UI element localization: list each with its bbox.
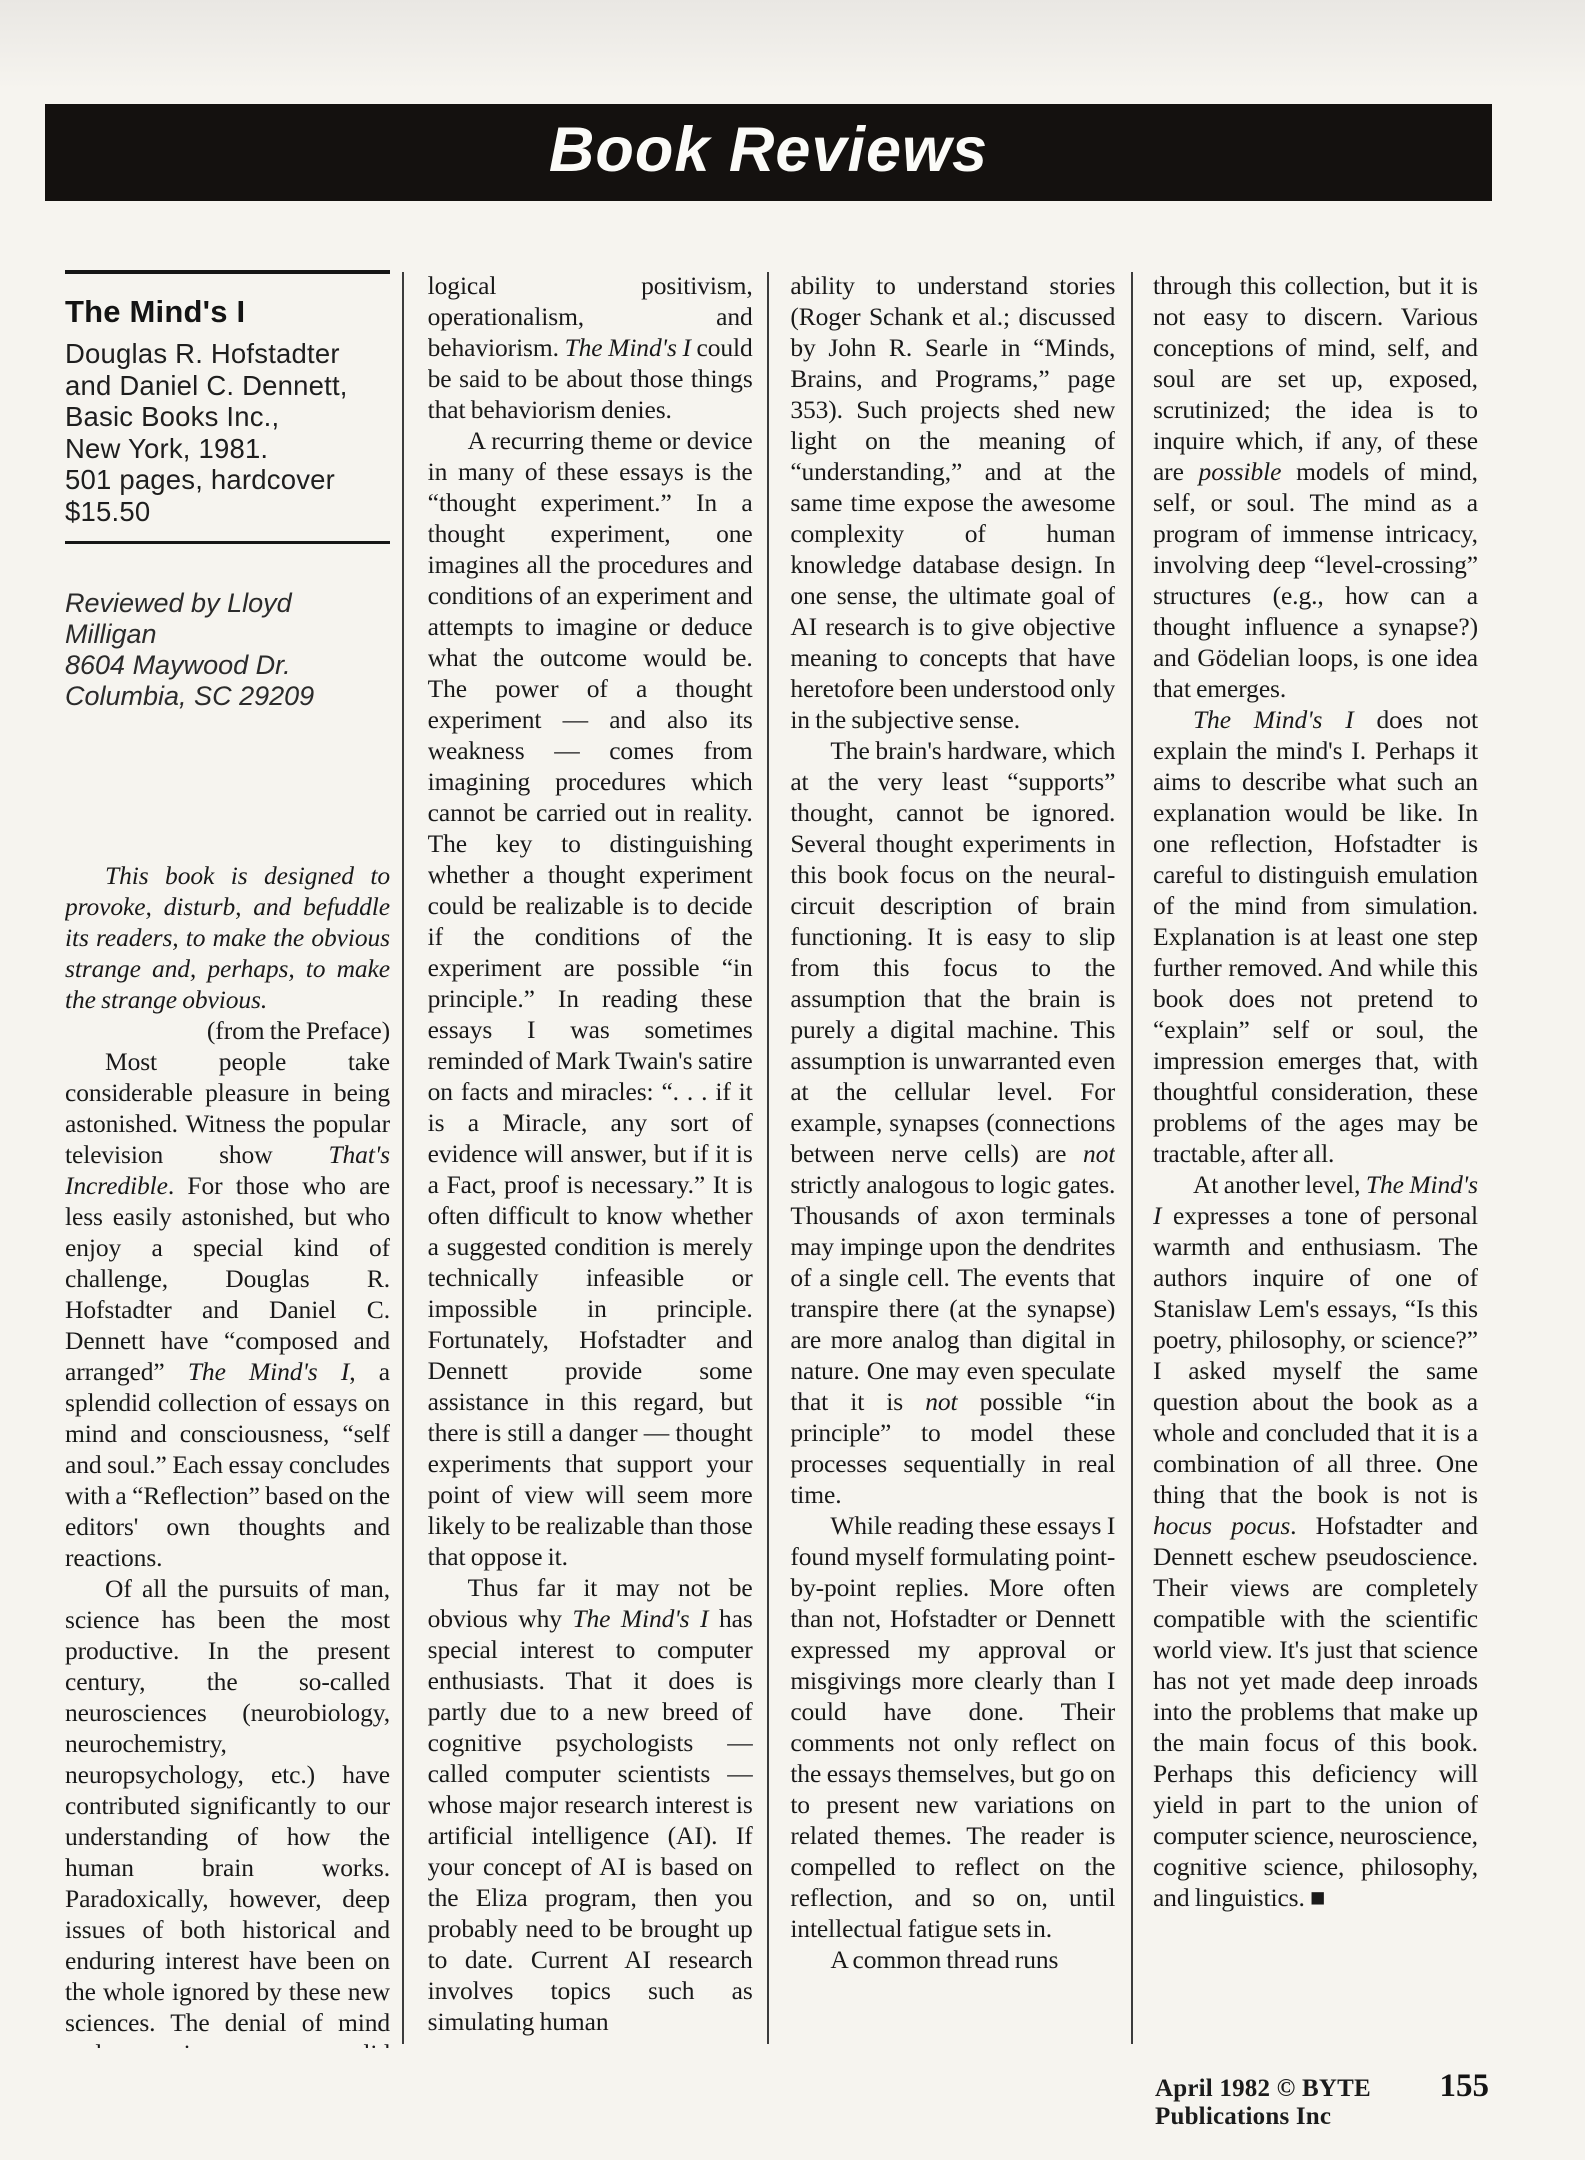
book-info-block: The Mind's I Douglas R. Hofstadterand Da… bbox=[65, 270, 390, 712]
info-line: and Daniel C. Dennett, bbox=[65, 370, 390, 402]
column-divider bbox=[767, 272, 769, 2044]
paragraph: logical positivism, operationalism, and … bbox=[428, 270, 753, 425]
info-line: New York, 1981. bbox=[65, 433, 390, 465]
info-line: Basic Books Inc., bbox=[65, 401, 390, 433]
paragraph: through this collection, but it is not e… bbox=[1153, 270, 1478, 704]
article-columns: The Mind's I Douglas R. Hofstadterand Da… bbox=[65, 270, 1478, 2048]
info-line: Douglas R. Hofstadter bbox=[65, 338, 390, 370]
column-3: ability to understand stories (Roger Sch… bbox=[790, 270, 1115, 2048]
column-divider bbox=[1131, 272, 1133, 2044]
book-title: The Mind's I bbox=[65, 294, 390, 330]
column-4: through this collection, but it is not e… bbox=[1153, 270, 1478, 2048]
column-text: logical positivism, operationalism, and … bbox=[428, 270, 753, 2037]
column-divider bbox=[402, 272, 404, 2044]
paragraph: At another level, The Mind's I expresses… bbox=[1153, 1169, 1478, 1913]
rule-top bbox=[65, 270, 390, 274]
magazine-page: Book Reviews The Mind's I Douglas R. Hof… bbox=[0, 0, 1585, 2160]
paragraph: A recurring theme or device in many of t… bbox=[428, 425, 753, 1572]
info-line: Columbia, SC 29209 bbox=[65, 681, 390, 712]
footer-credit: April 1982 © BYTE Publications Inc bbox=[1155, 2075, 1440, 2131]
paragraph: (from the Preface) bbox=[65, 1015, 390, 1046]
column-text: through this collection, but it is not e… bbox=[1153, 270, 1478, 1913]
info-line: Reviewed by Lloyd Milligan bbox=[65, 588, 390, 650]
column-text: ability to understand stories (Roger Sch… bbox=[790, 270, 1115, 1975]
paragraph: A common thread runs bbox=[790, 1944, 1115, 1975]
paragraph: Most people take considerable pleasure i… bbox=[65, 1046, 390, 1573]
info-line: 501 pages, hardcover bbox=[65, 464, 390, 496]
paragraph: The Mind's I does not explain the mind's… bbox=[1153, 704, 1478, 1169]
paragraph: This book is designed to provoke, distur… bbox=[65, 860, 390, 1015]
info-line: 8604 Maywood Dr. bbox=[65, 650, 390, 681]
page-number: 155 bbox=[1440, 2068, 1490, 2105]
column-text: This book is designed to provoke, distur… bbox=[65, 860, 390, 2048]
paragraph: While reading these essays I found mysel… bbox=[790, 1510, 1115, 1944]
paragraph: The brain's hardware, which at the very … bbox=[790, 735, 1115, 1510]
banner-title: Book Reviews bbox=[549, 114, 988, 192]
book-reviews-banner: Book Reviews bbox=[45, 104, 1492, 201]
paragraph: Of all the pursuits of man, science has … bbox=[65, 1573, 390, 2048]
column-2: logical positivism, operationalism, and … bbox=[428, 270, 753, 2048]
rule-bottom bbox=[65, 541, 390, 544]
info-line: $15.50 bbox=[65, 496, 390, 528]
book-details: Douglas R. Hofstadterand Daniel C. Denne… bbox=[65, 338, 390, 527]
page-footer: April 1982 © BYTE Publications Inc 155 bbox=[1155, 2068, 1489, 2131]
column-1: The Mind's I Douglas R. Hofstadterand Da… bbox=[65, 270, 390, 2048]
reviewer-info: Reviewed by Lloyd Milligan8604 Maywood D… bbox=[65, 588, 390, 712]
paragraph: Thus far it may not be obvious why The M… bbox=[428, 1572, 753, 2037]
paragraph: ability to understand stories (Roger Sch… bbox=[790, 270, 1115, 735]
